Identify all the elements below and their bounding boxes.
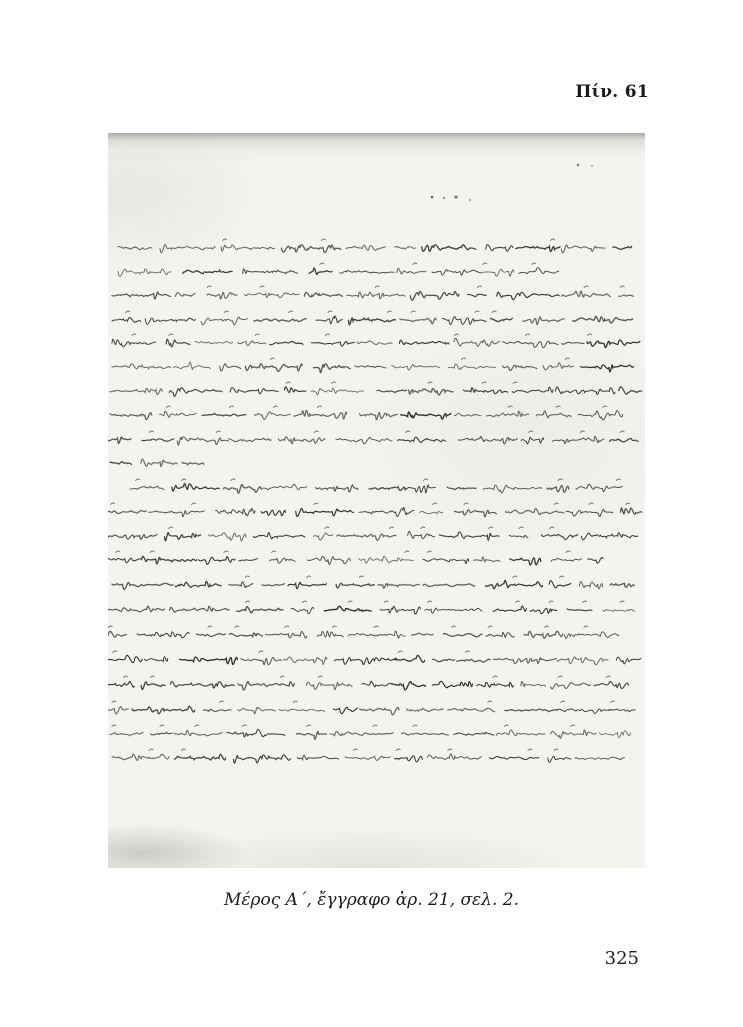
plate-label: Πίν. 61 [575, 82, 649, 102]
manuscript-handwriting [108, 133, 645, 868]
figure-caption: Μέρος Α΄, ἔγγραφο ἀρ. 21, σελ. 2. [0, 890, 743, 910]
page-number: 325 [605, 948, 639, 969]
manuscript-scan [108, 133, 645, 868]
book-page: Πίν. 61 Μέρος Α΄, ἔγγραφο ἀρ. 21, σελ. 2… [0, 0, 743, 1027]
